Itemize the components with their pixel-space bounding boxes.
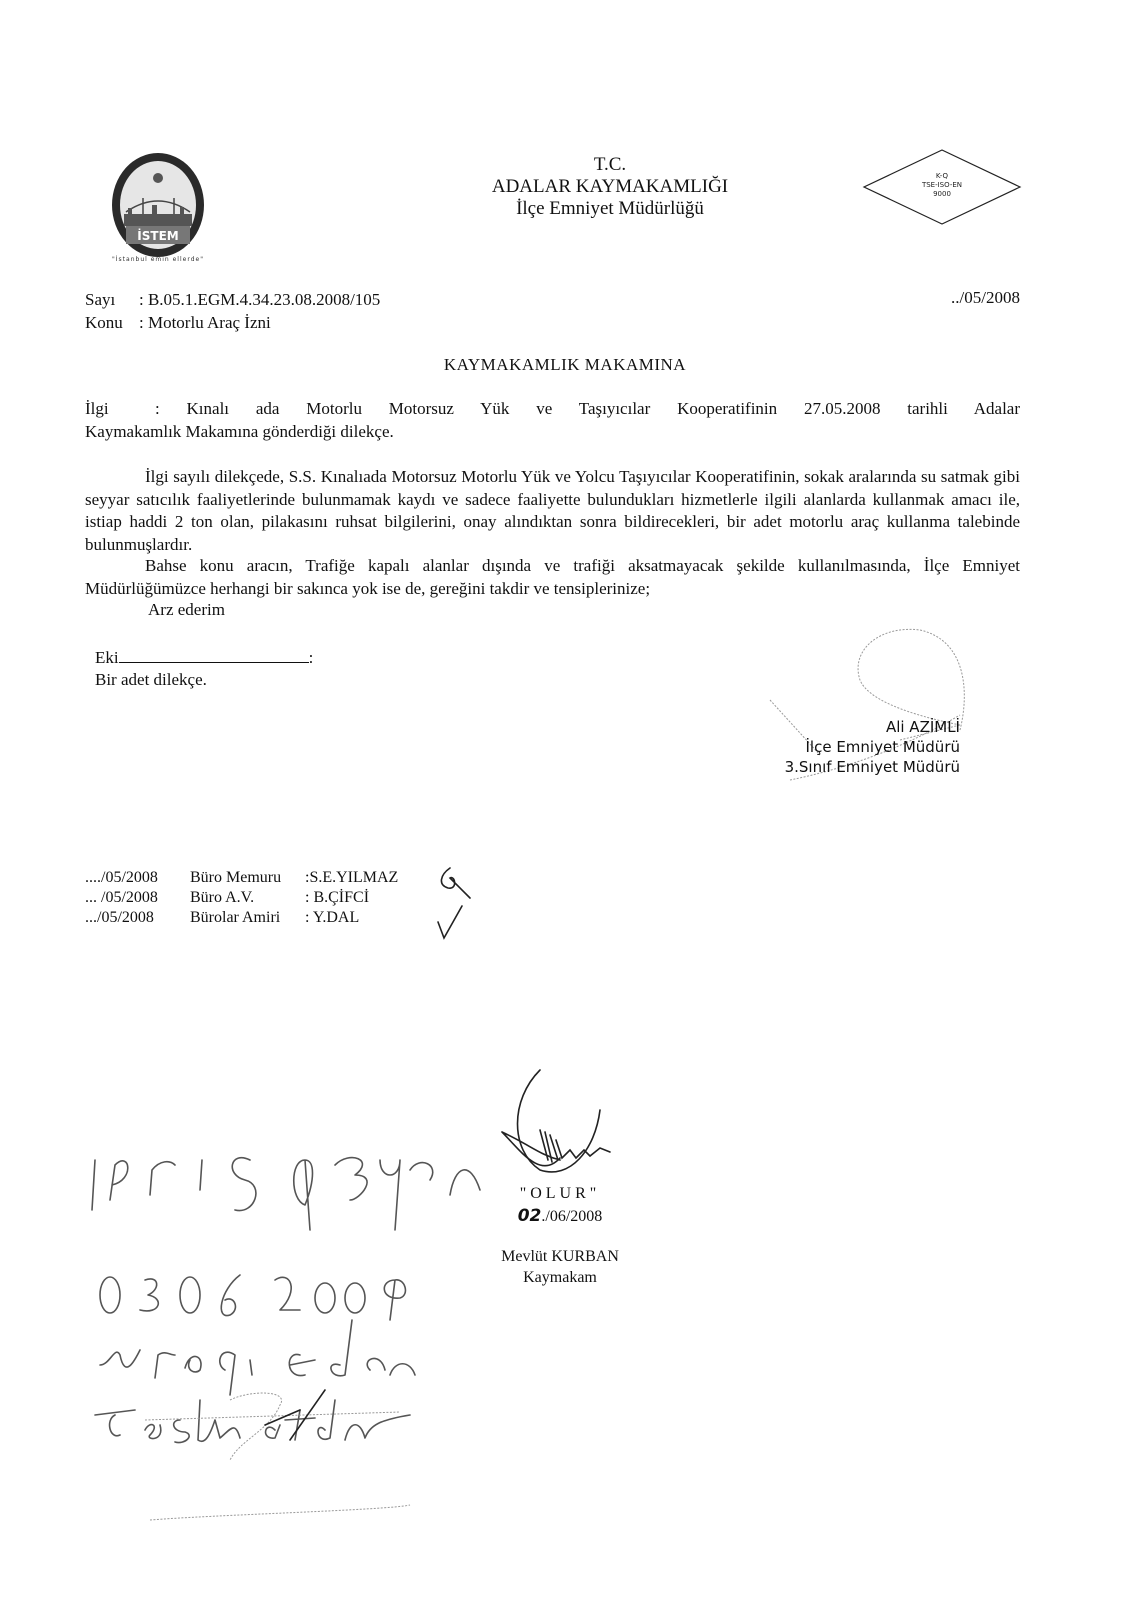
header-department: İlçe Emniyet Müdürlüğü: [380, 198, 840, 220]
svg-text:İSTEM: İSTEM: [137, 228, 178, 243]
ilgi-text-1: : Kınalı ada Motorlu Motorsuz Yük ve Taş…: [155, 398, 1020, 421]
ilgi-block: İlgi : Kınalı ada Motorlu Motorsuz Yük v…: [85, 398, 1020, 443]
konu-value: : Motorlu Araç İzni: [139, 311, 271, 334]
paragraph-1: İlgi sayılı dilekçede, S.S. Kınalıada Mo…: [85, 466, 1020, 556]
ilgi-text-2: Kaymakamlık Makamına gönderdiği dilekçe.: [85, 421, 1020, 444]
signer-title-1: İlçe Emniyet Müdürü: [745, 737, 960, 757]
letter-date: ../05/2008: [880, 288, 1020, 308]
iso-badge-text: K-Q TSE-ISO-EN 9000: [862, 172, 1022, 199]
header-tc: T.C.: [380, 154, 840, 176]
signer-title-2: 3.Sınıf Emniyet Müdürü: [745, 757, 960, 777]
closing: Arz ederim: [148, 600, 225, 620]
sayi-label: Sayı: [85, 288, 139, 311]
header-institution: ADALAR KAYMAKAMLIĞI: [380, 176, 840, 198]
reference-block: Sayı : B.05.1.EGM.4.34.23.08.2008/105 Ko…: [85, 288, 380, 334]
addressee: KAYMAKAMLIK MAKAMINA: [300, 355, 830, 375]
paragraph-2: Bahse konu aracın, Trafiğe kapalı alanla…: [85, 555, 1020, 600]
letterhead: T.C. ADALAR KAYMAKAMLIĞI İlçe Emniyet Mü…: [380, 154, 840, 220]
signer-block: Ali AZİMLİ İlçe Emniyet Müdürü 3.Sınıf E…: [745, 717, 960, 777]
eki-underline: [119, 648, 309, 663]
logo-motto: "İstanbul emin ellerde": [98, 256, 218, 263]
konu-label: Konu: [85, 311, 139, 334]
eki-label: Eki: [95, 648, 119, 667]
staff-row: ... /05/2008Büro A.V.: B.ÇİFCİ: [85, 888, 398, 908]
police-seal-logo: İSTEM: [108, 150, 208, 260]
sayi-value: : B.05.1.EGM.4.34.23.08.2008/105: [139, 288, 380, 311]
ilgi-label: İlgi: [85, 398, 155, 421]
staff-row: .../05/2008Bürolar Amiri: Y.DAL: [85, 908, 398, 928]
eki-item: Bir adet dilekçe.: [95, 669, 313, 691]
staff-initials-icon: [430, 850, 490, 940]
note-signature-icon: [140, 1380, 420, 1470]
approval-signature-icon: [500, 1070, 660, 1180]
attachments: Eki: Bir adet dilekçe.: [95, 647, 313, 691]
staff-initials: ..../05/2008Büro Memuru:S.E.YILMAZ ... /…: [85, 868, 398, 928]
staff-row: ..../05/2008Büro Memuru:S.E.YILMAZ: [85, 868, 398, 888]
signer-name: Ali AZİMLİ: [745, 717, 960, 737]
